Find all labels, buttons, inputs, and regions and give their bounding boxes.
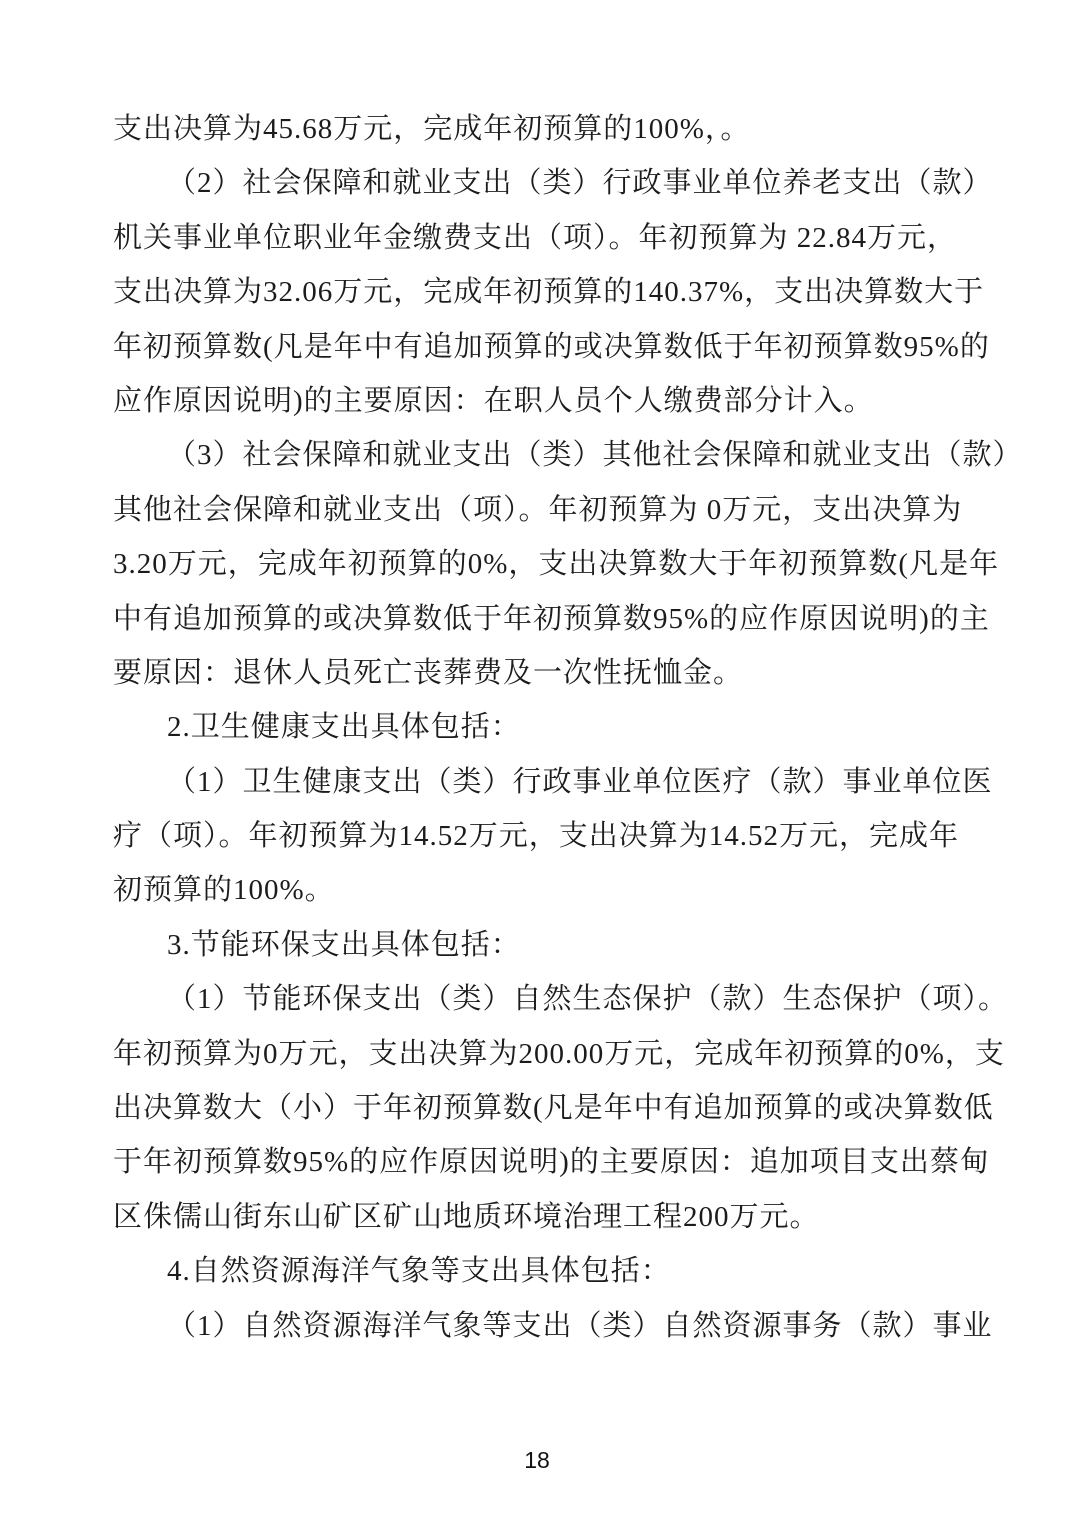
text-line: 中有追加预算的或决算数低于年初预算数95%的应作原因说明)的主 — [113, 592, 965, 646]
text-line: 年初预算数(凡是年中有追加预算的或决算数低于年初预算数95%的 — [113, 320, 965, 374]
text-line: 出决算数大（小）于年初预算数(凡是年中有追加预算的或决算数低 — [113, 1081, 965, 1135]
text-line: 区侏儒山街东山矿区矿山地质环境治理工程200万元。 — [113, 1190, 965, 1244]
text-line: 应作原因说明)的主要原因：在职人员个人缴费部分计入。 — [113, 374, 965, 428]
text-line: 机关事业单位职业年金缴费支出（项）。年初预算为 22.84万元， — [113, 211, 965, 265]
text-line: 要原因：退休人员死亡丧葬费及一次性抚恤金。 — [113, 646, 965, 700]
text-line: 4.自然资源海洋气象等支出具体包括： — [113, 1244, 965, 1298]
text-line: 于年初预算数95%的应作原因说明)的主要原因：追加项目支出蔡甸 — [113, 1135, 965, 1189]
text-line: 支出决算为32.06万元，完成年初预算的140.37%，支出决算数大于 — [113, 265, 965, 319]
text-line: （1）自然资源海洋气象等支出（类）自然资源事务（款）事业 — [113, 1299, 965, 1353]
page-number: 18 — [0, 1447, 1074, 1474]
text-line: （1）节能环保支出（类）自然生态保护（款）生态保护（项）。 — [113, 972, 965, 1026]
text-line: 年初预算为0万元，支出决算为200.00万元，完成年初预算的0%，支 — [113, 1027, 965, 1081]
text-line: 疗（项）。年初预算为14.52万元，支出决算为14.52万元，完成年 — [113, 809, 965, 863]
text-line: 2.卫生健康支出具体包括： — [113, 700, 965, 754]
document-page: 支出决算为45.68万元，完成年初预算的100%，。（2）社会保障和就业支出（类… — [0, 0, 1074, 1520]
document-body: 支出决算为45.68万元，完成年初预算的100%，。（2）社会保障和就业支出（类… — [113, 102, 965, 1353]
text-line: （3）社会保障和就业支出（类）其他社会保障和就业支出（款） — [113, 428, 965, 482]
text-line: （2）社会保障和就业支出（类）行政事业单位养老支出（款） — [113, 156, 965, 210]
text-line: 3.节能环保支出具体包括： — [113, 918, 965, 972]
text-line: 初预算的100%。 — [113, 863, 965, 917]
text-line: 其他社会保障和就业支出（项）。年初预算为 0万元，支出决算为 — [113, 483, 965, 537]
text-line: 3.20万元，完成年初预算的0%，支出决算数大于年初预算数(凡是年 — [113, 537, 965, 591]
text-line: 支出决算为45.68万元，完成年初预算的100%，。 — [113, 102, 965, 156]
text-line: （1）卫生健康支出（类）行政事业单位医疗（款）事业单位医 — [113, 755, 965, 809]
